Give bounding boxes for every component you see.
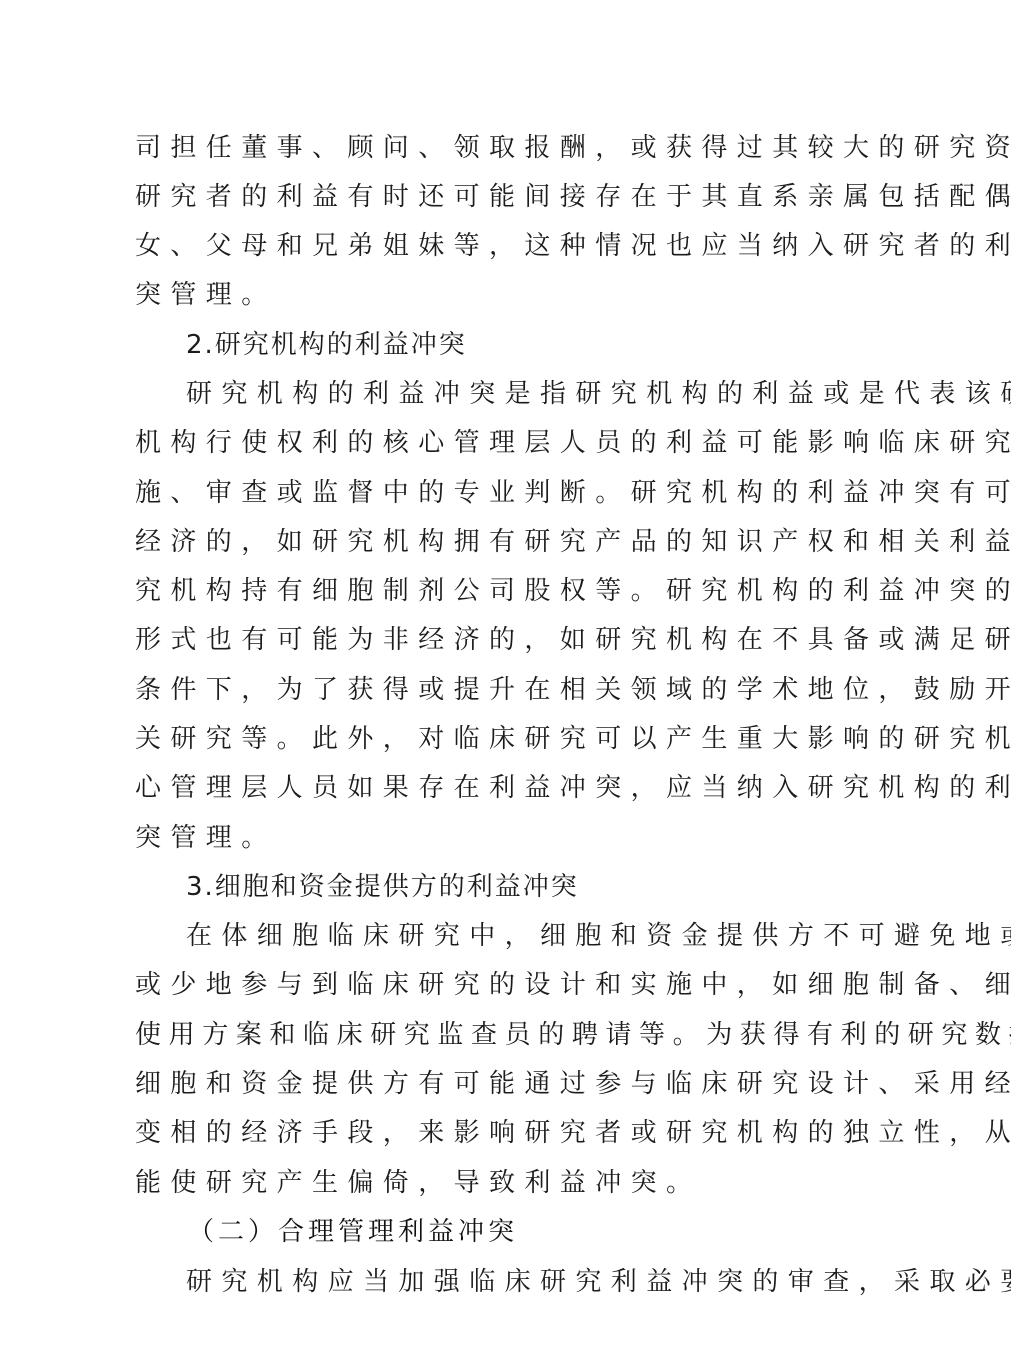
text-line: 机构行使权利的核心管理层人员的利益可能影响临床研究的实 bbox=[135, 423, 880, 463]
text-line: 使用方案和临床研究监查员的聘请等。为获得有利的研究数据， bbox=[135, 1015, 880, 1055]
text-line: 或少地参与到临床研究的设计和实施中，如细胞制备、细胞的 bbox=[135, 965, 880, 1005]
text-line: 关研究等。此外，对临床研究可以产生重大影响的研究机构核 bbox=[135, 719, 880, 759]
subheading-cell-funding-provider-conflict: 3.细胞和资金提供方的利益冲突 bbox=[186, 867, 931, 907]
text-line: 女、父母和兄弟姐妹等，这种情况也应当纳入研究者的利益冲 bbox=[135, 226, 880, 266]
text-line: 变相的经济手段，来影响研究者或研究机构的独立性，从而可 bbox=[135, 1113, 880, 1153]
text-line: 条件下，为了获得或提升在相关领域的学术地位，鼓励开展相 bbox=[135, 670, 880, 710]
text-line: 突管理。 bbox=[135, 275, 880, 315]
paragraph-start: 在体细胞临床研究中，细胞和资金提供方不可避免地或多 bbox=[186, 916, 880, 956]
section-heading-manage-conflict: （二）合理管理利益冲突 bbox=[188, 1212, 933, 1252]
text-line: 细胞和资金提供方有可能通过参与临床研究设计、采用经济或 bbox=[135, 1064, 880, 1104]
text-line: 突管理。 bbox=[135, 818, 880, 858]
paragraph-start: 研究机构应当加强临床研究利益冲突的审查，采取必要措 bbox=[186, 1262, 880, 1302]
paragraph-start: 研究机构的利益冲突是指研究机构的利益或是代表该研究 bbox=[186, 374, 880, 414]
text-line: 经济的，如研究机构拥有研究产品的知识产权和相关利益、研 bbox=[135, 522, 880, 562]
text-line: 司担任董事、顾问、领取报酬，或获得过其较大的研究资助等。 bbox=[135, 128, 880, 168]
text-line: 施、审查或监督中的专业判断。研究机构的利益冲突有可能是 bbox=[135, 473, 880, 513]
text-line: 究机构持有细胞制剂公司股权等。研究机构的利益冲突的表现 bbox=[135, 571, 880, 611]
document-page: 司担任董事、顾问、领取报酬，或获得过其较大的研究资助等。 研究者的利益有时还可能… bbox=[0, 0, 1011, 1347]
text-line: 心管理层人员如果存在利益冲突，应当纳入研究机构的利益冲 bbox=[135, 768, 880, 808]
text-line: 能使研究产生偏倚，导致利益冲突。 bbox=[135, 1163, 880, 1203]
text-line: 形式也有可能为非经济的，如研究机构在不具备或满足研究的 bbox=[135, 620, 880, 660]
subheading-research-institution-conflict: 2.研究机构的利益冲突 bbox=[186, 325, 931, 365]
text-line: 研究者的利益有时还可能间接存在于其直系亲属包括配偶、子 bbox=[135, 177, 880, 217]
